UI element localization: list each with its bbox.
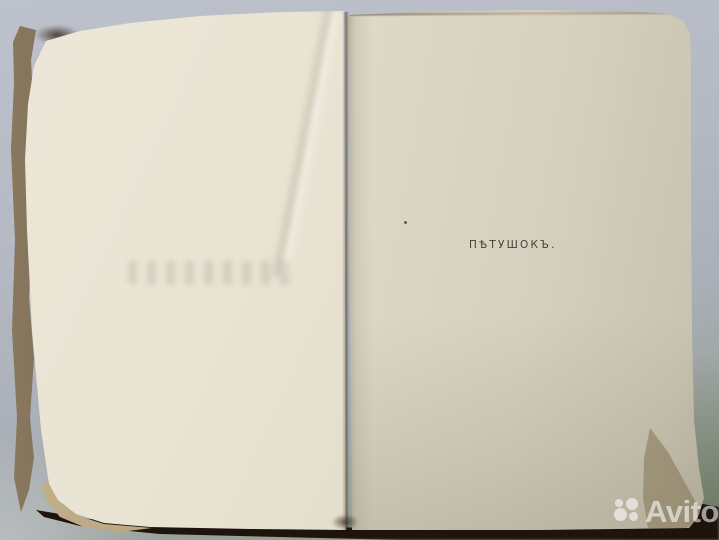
book-gutter-spine — [342, 12, 349, 530]
gutter-foot-shadow — [328, 512, 362, 532]
page-title: ПѢТУШОКЪ. — [469, 239, 557, 253]
show-through-text-ghost — [128, 261, 290, 285]
book-photo-scene: ПѢТУШОКЪ. Avito — [0, 0, 719, 540]
paper-speck — [404, 221, 407, 224]
avito-circle-large-top — [626, 498, 638, 510]
avito-circle-small-top — [615, 499, 623, 507]
avito-circle-large-bottom — [614, 508, 627, 521]
avito-circle-small-bottom — [629, 512, 638, 521]
avito-wordmark: Avito — [645, 494, 719, 529]
